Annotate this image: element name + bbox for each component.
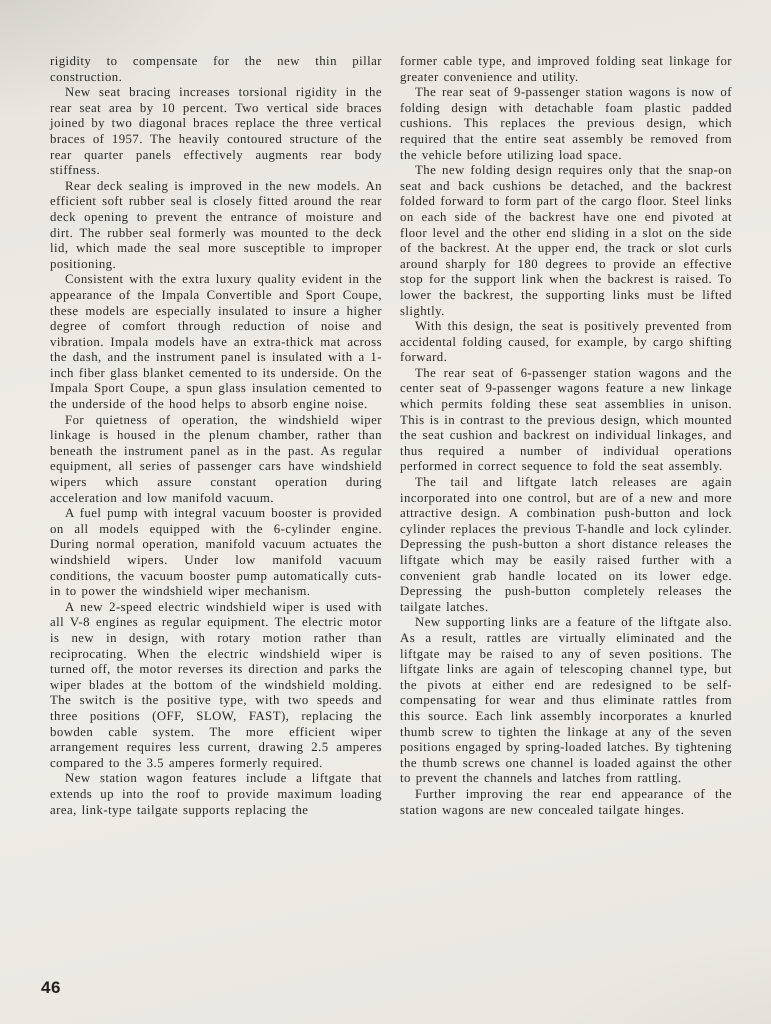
left-column: rigidity to compensate for the new thin … bbox=[50, 54, 382, 818]
paragraph: Consistent with the extra luxury quality… bbox=[50, 272, 382, 412]
paragraph: Further improving the rear end appearanc… bbox=[400, 787, 732, 818]
paragraph: The rear seat of 6-passenger station wag… bbox=[400, 366, 732, 475]
paragraph: former cable type, and improved folding … bbox=[400, 54, 732, 85]
paragraph: The tail and liftgate latch releases are… bbox=[400, 475, 732, 615]
paragraph: New station wagon features include a lif… bbox=[50, 771, 382, 818]
page-number: 46 bbox=[41, 978, 61, 998]
paragraph: rigidity to compensate for the new thin … bbox=[50, 54, 382, 85]
document-page: rigidity to compensate for the new thin … bbox=[0, 0, 771, 1024]
paragraph: New seat bracing increases torsional rig… bbox=[50, 85, 382, 179]
paragraph: New supporting links are a feature of th… bbox=[400, 615, 732, 787]
paragraph: The rear seat of 9-passenger station wag… bbox=[400, 85, 732, 163]
paragraph: A new 2-speed electric windshield wiper … bbox=[50, 600, 382, 772]
paragraph: For quietness of operation, the windshie… bbox=[50, 413, 382, 507]
paragraph: A fuel pump with integral vacuum booster… bbox=[50, 506, 382, 600]
text-columns: rigidity to compensate for the new thin … bbox=[0, 0, 771, 818]
right-column: former cable type, and improved folding … bbox=[400, 54, 732, 818]
paragraph: Rear deck sealing is improved in the new… bbox=[50, 179, 382, 273]
paragraph: With this design, the seat is positively… bbox=[400, 319, 732, 366]
paragraph: The new folding design requires only tha… bbox=[400, 163, 732, 319]
